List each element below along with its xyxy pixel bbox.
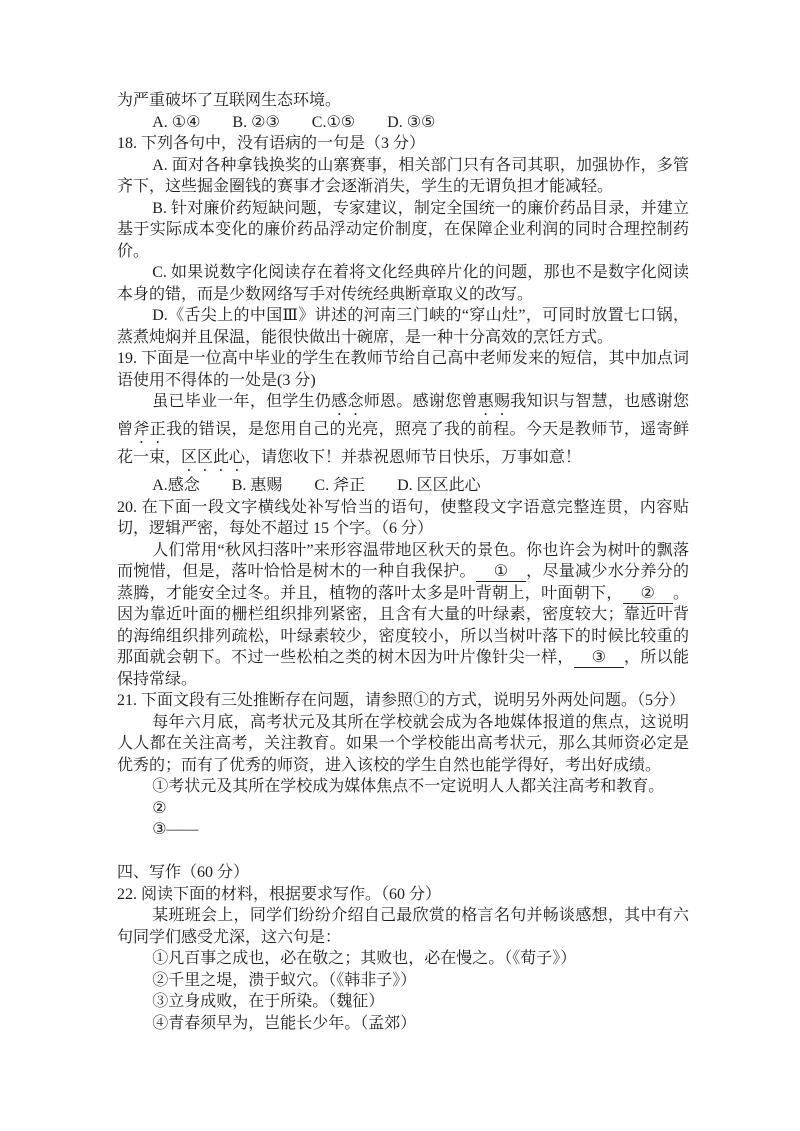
q21-passage: 每年六月底，高考状元及其所在学校就会成为各地媒体报道的焦点，这说明人人都在关注高… <box>117 712 689 777</box>
text-run: ②千里之堤，溃于蚁穴。（《韩非子》） <box>152 972 416 989</box>
text-run: 为严重破坏了互联网生态环境。 <box>117 92 341 109</box>
emphasized-word: 感念 <box>331 393 364 410</box>
text-run: 四、写作（60 分） <box>117 864 249 881</box>
q19-options-row: A.感念 B. 惠赐 C. 斧正 D. 区区此心 <box>117 475 689 497</box>
q18-option-b: B. 针对廉价药短缺问题，专家建议，制定全国统一的廉价药品目录，并建立基于实际成… <box>117 198 689 263</box>
q21-item-2: ② <box>117 798 689 820</box>
text-run: 19. 下面是一位高中毕业的学生在教师节给自己高中老师发来的短信，其中加点词语使… <box>117 350 689 389</box>
q20-passage: 人们常用“秋风扫落叶”来形容温带地区秋天的景色。你也许会为树叶的飘落而惋惜，但是… <box>117 540 689 691</box>
text-run: 20. 在下面一段文字横线处补写恰当的语句，使整段文字语意完整连贯，内容贴切，逻… <box>117 499 689 538</box>
q22-quote-2: ②千里之堤，溃于蚁穴。（《韩非子》） <box>117 970 689 992</box>
text-run: ③—— <box>152 821 198 838</box>
question-18-stem: 18. 下列各句中，没有语病的一句是（3 分） <box>117 133 689 155</box>
q19-message: 虽已毕业一年，但学生仍感念师恩。感谢您曾惠赐我知识与智慧，也感谢您曾斧正我的错误… <box>117 391 689 475</box>
question-22-stem: 22. 阅读下面的材料，根据要求写作。（60 分） <box>117 884 689 906</box>
q18-option-d: D.《舌尖上的中国Ⅲ》讲述的河南三门峡的“穿山灶”，可同时放置七口锅，蒸煮炖焖并… <box>117 305 689 348</box>
text-run: C. 如果说数字化阅读存在着将文化经典碎片化的问题，那也不是数字化阅读本身的错，… <box>117 264 689 303</box>
emphasized-word: 惠赐 <box>478 393 511 410</box>
text-run: 某班班会上，同学们纷纷介绍自己最欣赏的格言名句并畅谈感想，其中有六句同学们感受尤… <box>117 907 689 946</box>
answer-blank: ② <box>623 584 673 604</box>
q22-intro: 某班班会上，同学们纷纷介绍自己最欣赏的格言名句并畅谈感想，其中有六句同学们感受尤… <box>117 905 689 948</box>
q22-quote-4: ④青春须早为，岂能长少年。（孟郊） <box>117 1013 689 1035</box>
text-run: 虽已毕业一年，但学生仍 <box>152 393 331 410</box>
text-run: 18. 下列各句中，没有语病的一句是（3 分） <box>117 135 425 152</box>
blank-line <box>117 841 689 863</box>
answer-blank: ③ <box>574 648 624 668</box>
text-run: ② <box>152 800 166 817</box>
question-21-stem: 21. 下面文段有三处推断存在问题，请参照①的方式，说明另外两处问题。（5分） <box>117 690 689 712</box>
q22-quote-3: ③立身成败，在于所染。（魏征） <box>117 991 689 1013</box>
text-run: 22. 阅读下面的材料，根据要求写作。（60 分） <box>117 886 441 903</box>
answer-blank: ① <box>476 562 526 582</box>
question-20-stem: 20. 在下面一段文字横线处补写恰当的语句，使整段文字语意完整连贯，内容贴切，逻… <box>117 497 689 540</box>
text-run: ①凡百事之成也，必在敬之；其败也，必在慢之。（《荀子》） <box>152 950 576 967</box>
text-run: 师恩。感谢您曾 <box>364 393 478 410</box>
emphasized-word: 斧正 <box>133 421 166 438</box>
question-19-stem: 19. 下面是一位高中毕业的学生在教师节给自己高中老师发来的短信，其中加点词语使… <box>117 348 689 391</box>
text-run: 21. 下面文段有三处推断存在问题，请参照①的方式，说明另外两处问题。（5分） <box>117 692 685 709</box>
text-run: ①考状元及其所在学校成为媒体焦点不一定说明人人都关注高考和教育。 <box>152 778 664 795</box>
q18-option-a: A. 面对各种拿钱换奖的山寨赛事，相关部门只有各司其职，加强协作，多管齐下，这些… <box>117 155 689 198</box>
text-run: A. ①④ B. ②③ C.①⑤ D. ③⑤ <box>152 114 435 131</box>
text-run: ④青春须早为，岂能长少年。（孟郊） <box>152 1015 416 1032</box>
exam-paper-page: 为严重破坏了互联网生态环境。A. ①④ B. ②③ C.①⑤ D. ③⑤18. … <box>0 0 800 1131</box>
text-run: 每年六月底，高考状元及其所在学校就会成为各地媒体报道的焦点，这说明人人都在关注高… <box>117 714 689 774</box>
text-run: B. 针对廉价药短缺问题，专家建议，制定全国统一的廉价药品目录，并建立基于实际成… <box>117 200 689 260</box>
emphasized-word: 区区此心 <box>181 449 245 466</box>
text-run: ，请您收下！并恭祝恩师节日快乐，万事如意！ <box>245 449 581 466</box>
section-heading-writing: 四、写作（60 分） <box>117 862 689 884</box>
line-continued-text: 为严重破坏了互联网生态环境。 <box>117 90 689 112</box>
q21-item-3: ③—— <box>117 819 689 841</box>
q18-option-c: C. 如果说数字化阅读存在着将文化经典碎片化的问题，那也不是数字化阅读本身的错，… <box>117 262 689 305</box>
text-run: ③立身成败，在于所染。（魏征） <box>152 993 384 1010</box>
options-row-previous-question: A. ①④ B. ②③ C.①⑤ D. ③⑤ <box>117 112 689 134</box>
text-run: D.《舌尖上的中国Ⅲ》讲述的河南三门峡的“穿山灶”，可同时放置七口锅，蒸煮炖焖并… <box>117 307 689 346</box>
text-run: A.感念 B. 惠赐 C. 斧正 D. 区区此心 <box>152 477 480 494</box>
q22-quote-1: ①凡百事之成也，必在敬之；其败也，必在慢之。（《荀子》） <box>117 948 689 970</box>
q21-item-1: ①考状元及其所在学校成为媒体焦点不一定说明人人都关注高考和教育。 <box>117 776 689 798</box>
text-run: A. 面对各种拿钱换奖的山寨赛事，相关部门只有各司其职，加强协作，多管齐下，这些… <box>117 157 689 196</box>
document-content: 为严重破坏了互联网生态环境。A. ①④ B. ②③ C.①⑤ D. ③⑤18. … <box>117 90 689 1034</box>
